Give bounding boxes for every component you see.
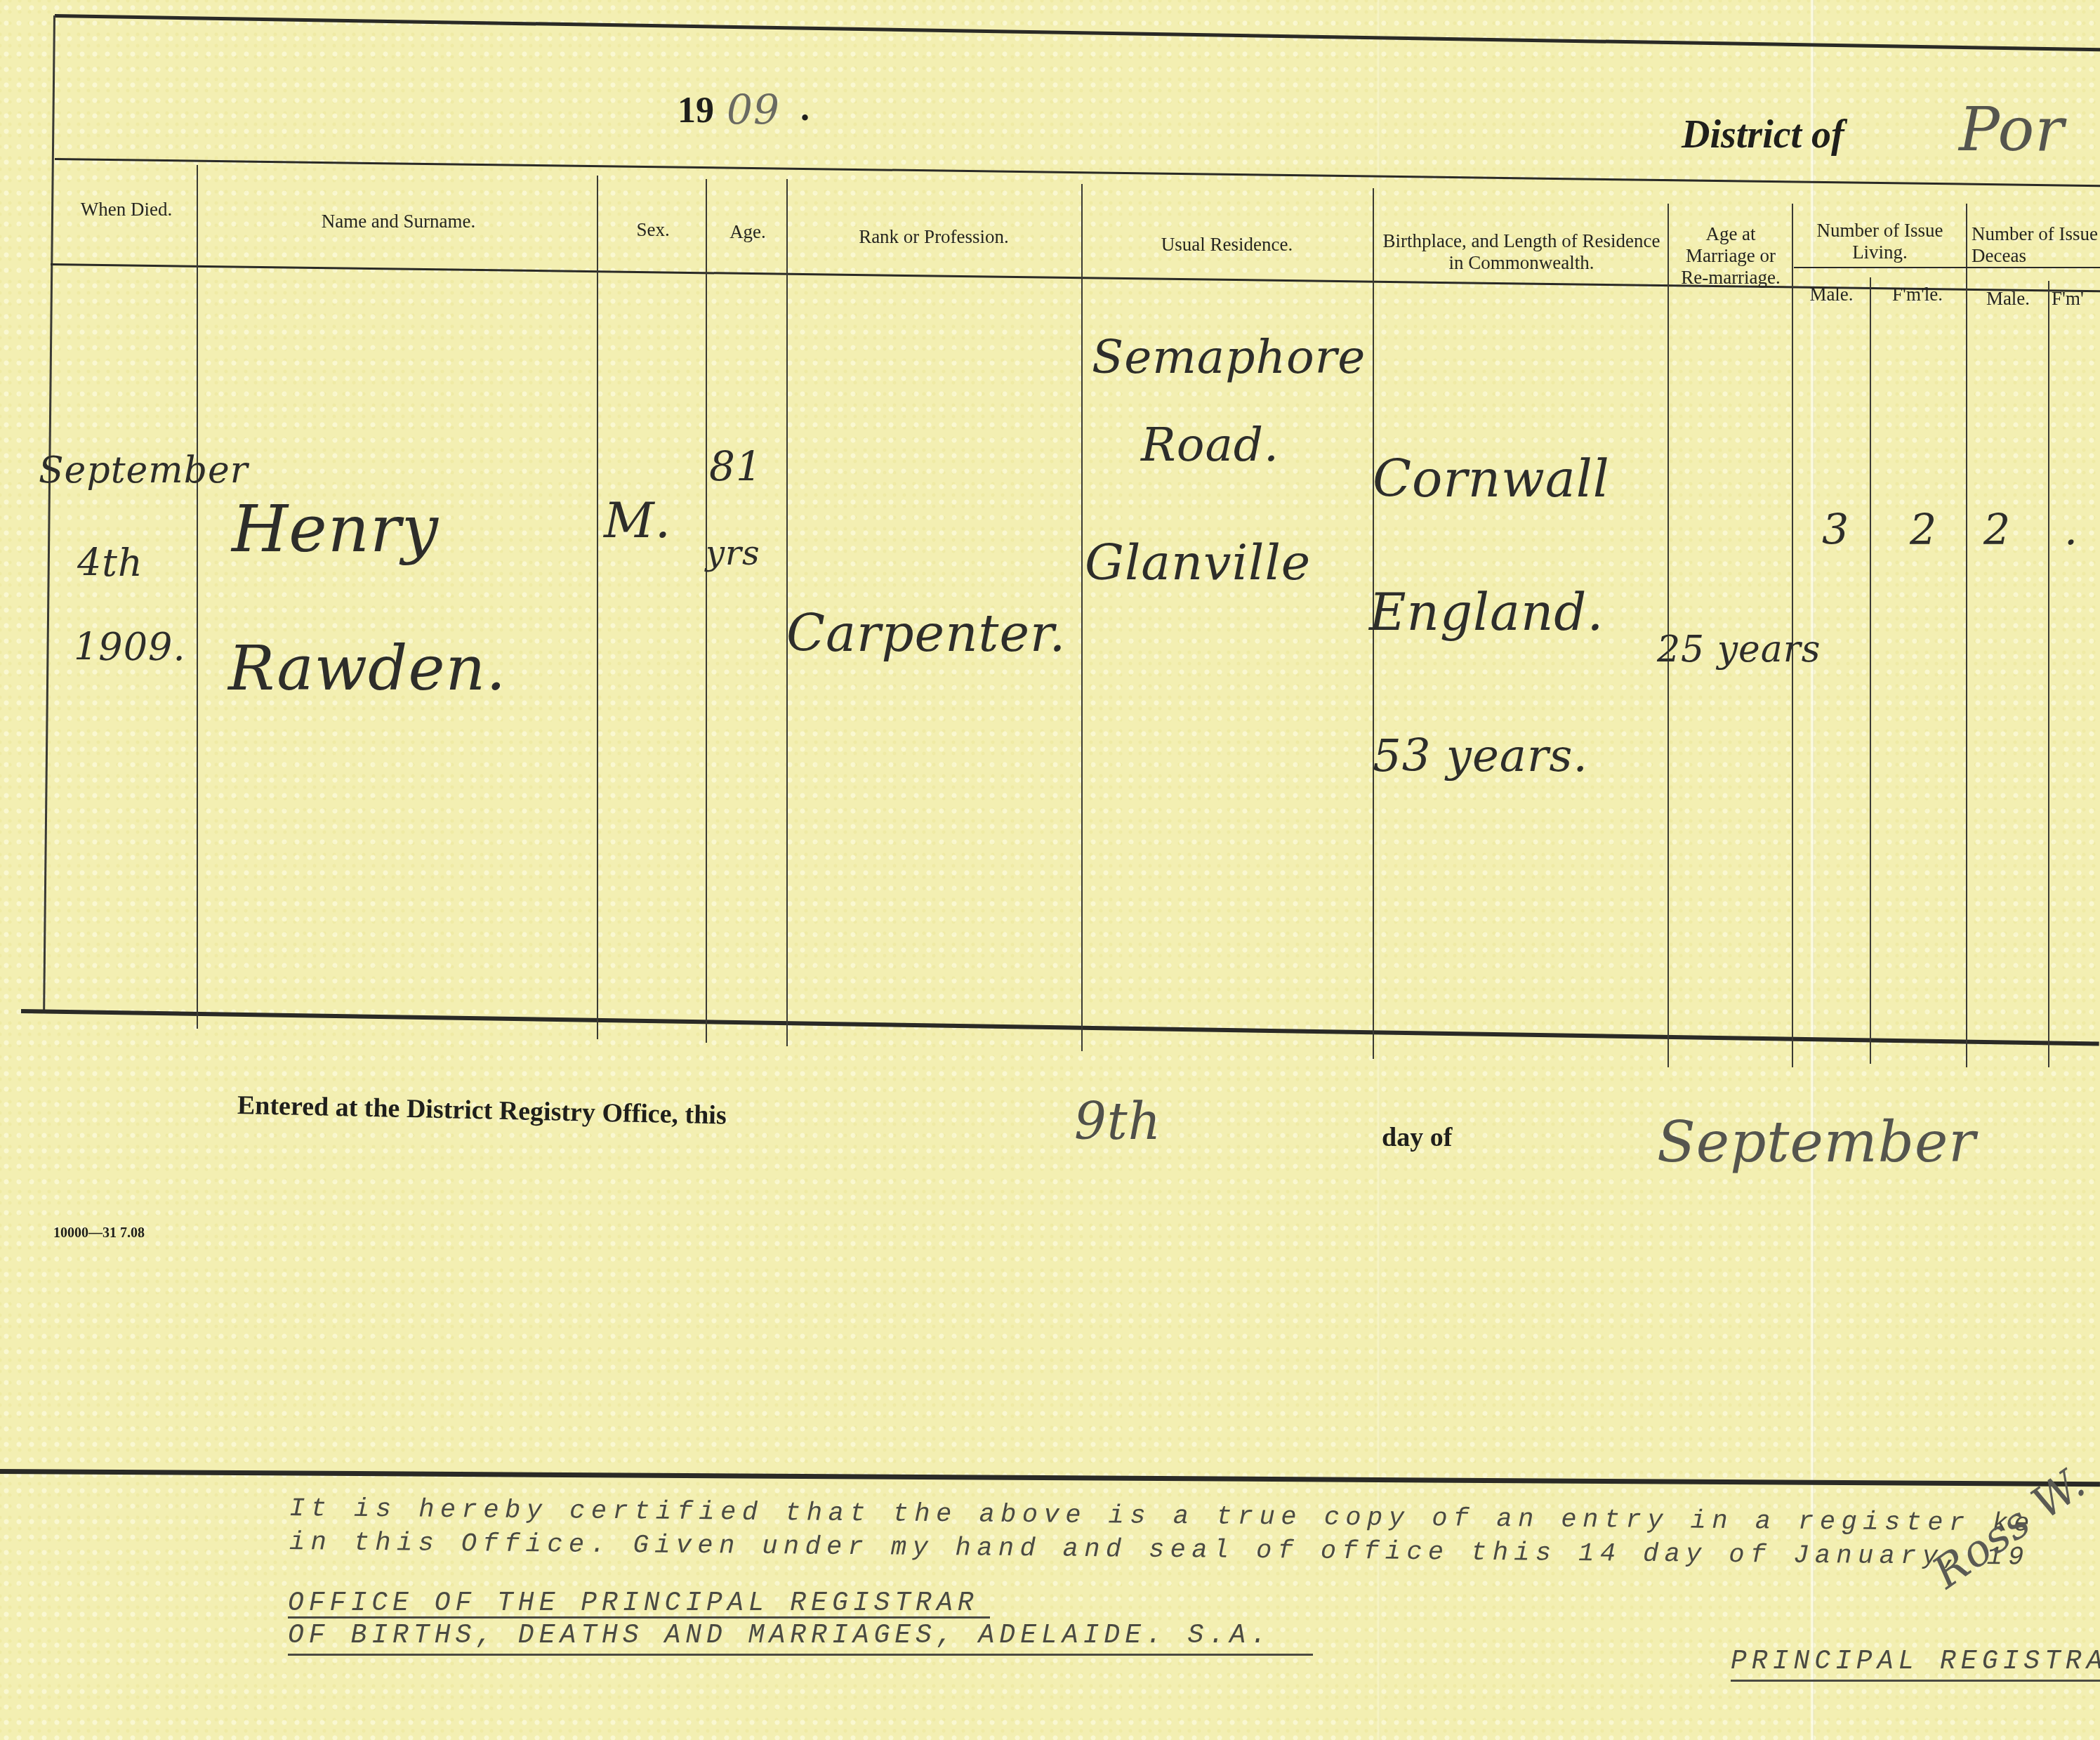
when-died-month: September — [39, 449, 249, 492]
column-divider — [597, 176, 598, 1039]
residence-line1: Semaphore — [1092, 330, 1366, 384]
issue-subheader-rule — [1794, 267, 2100, 268]
when-died-day: 4th — [77, 541, 143, 585]
office-underline-1 — [288, 1616, 990, 1619]
column-divider — [1870, 277, 1871, 1064]
birthplace-line2: England. — [1369, 583, 1604, 642]
residence-line3: Glanville — [1085, 534, 1311, 591]
profession-value: Carpenter. — [786, 604, 1066, 663]
age-number: 81 — [709, 442, 762, 490]
header-rank: Rank or Profession. — [790, 226, 1078, 248]
header-residence: Usual Residence. — [1085, 234, 1369, 256]
table-left-border — [43, 15, 55, 1013]
year-printed: 19 — [678, 90, 714, 131]
header-sex: Sex. — [604, 219, 702, 241]
office-line-1: OFFICE OF THE PRINCIPAL REGISTRAR — [288, 1588, 979, 1619]
column-divider — [1966, 204, 1967, 1067]
entered-day: 9th — [1074, 1092, 1161, 1151]
header-issue-deceased: Number of Issue Deceas — [1972, 223, 2100, 267]
issue-living-male: 3 — [1822, 506, 1849, 555]
deceased-first-name: Henry — [232, 492, 439, 567]
birthplace-line1: Cornwall — [1373, 449, 1610, 508]
issue-living-female: 2 — [1910, 506, 1937, 555]
sex-value: M. — [604, 492, 671, 549]
header-birthplace: Birthplace, and Length of Residence in C… — [1378, 230, 1665, 274]
age-unit: yrs — [706, 534, 760, 573]
column-divider — [706, 179, 707, 1043]
header-issue-living-female: F'm'le. — [1872, 284, 1963, 305]
header-issue-deceased-female: F'm' — [2052, 288, 2100, 310]
office-underline-2 — [288, 1654, 1313, 1656]
entered-month: September — [1657, 1109, 1976, 1175]
registrar-underline — [1731, 1680, 2100, 1682]
header-top-rule — [55, 158, 2100, 187]
age-at-marriage: 25 years — [1657, 628, 1821, 671]
table-top-border — [55, 14, 2100, 51]
header-age-marriage: Age at Marriage or Re-marriage. — [1671, 223, 1790, 289]
certification-top-rule — [0, 1469, 2100, 1487]
entered-label: Entered at the District Registry Office,… — [237, 1090, 727, 1131]
column-divider — [1081, 184, 1083, 1051]
issue-deceased-female: . — [2064, 506, 2078, 555]
column-divider — [2048, 281, 2049, 1067]
header-name: Name and Surname. — [204, 211, 593, 232]
table-bottom-border — [21, 1009, 2099, 1046]
year-period: . — [800, 88, 810, 129]
header-issue-living-male: Male. — [1795, 284, 1868, 305]
form-code: 10000—31 7.08 — [53, 1225, 145, 1241]
year-handwritten: 09 — [727, 86, 780, 133]
column-divider — [197, 165, 198, 1029]
district-label: District of — [1682, 112, 1844, 157]
when-died-year: 1909. — [74, 625, 186, 669]
residence-line2: Road. — [1141, 418, 1279, 472]
registrar-title: PRINCIPAL REGISTRA — [1731, 1647, 2100, 1677]
issue-deceased-male: 2 — [1983, 506, 2011, 555]
header-issue-living: Number of Issue Living. — [1797, 220, 1962, 263]
residence-length: 53 years. — [1373, 730, 1588, 782]
district-value: Por — [1959, 95, 2064, 165]
deceased-surname: Rawden. — [228, 632, 506, 704]
day-of-label: day of — [1382, 1122, 1452, 1153]
header-when-died: When Died. — [60, 199, 193, 220]
office-line-2: OF BIRTHS, DEATHS AND MARRIAGES, ADELAID… — [288, 1621, 1272, 1651]
header-issue-deceased-male: Male. — [1969, 288, 2047, 310]
header-age: Age. — [709, 221, 786, 243]
